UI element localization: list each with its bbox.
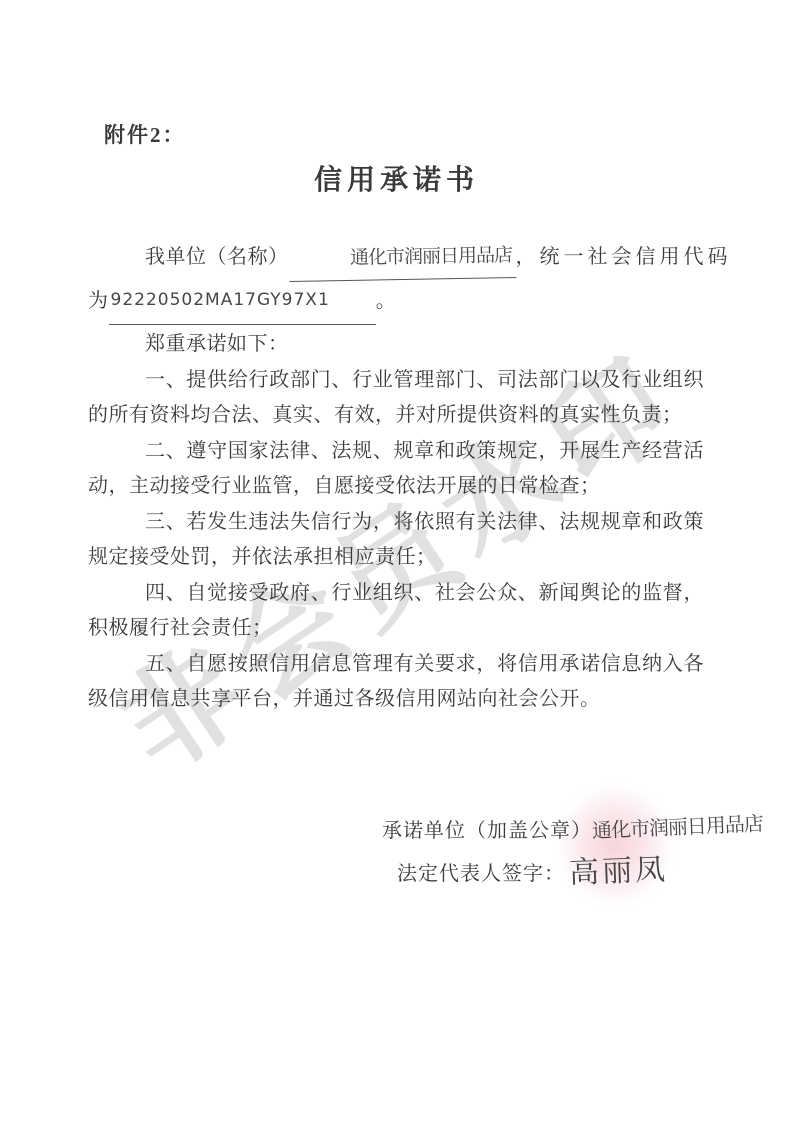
attachment-label: 附件2： [104,124,793,146]
code-suffix: 。 [376,290,397,312]
signature-unit-line: 承诺单位（加盖公章）通化市润丽日用品店 [382,810,793,851]
unit-label: 承诺单位（加盖公章） [382,820,592,842]
clause-5: 五、自愿按照信用信息管理有关要求，将信用承诺信息纳入各级信用信息共享平台，并通过… [88,647,704,718]
intro-line-1: 我单位（名称）通化市润丽日用品店，统一社会信用代码 [88,236,704,280]
document-content: 附件2： 信用承诺书 我单位（名称）通化市润丽日用品店，统一社会信用代码 为92… [0,0,793,1122]
code-prefix: 为 [88,290,109,312]
representative-label: 法定代表人签字： [397,863,565,885]
document-title: 信用承诺书 [0,166,793,196]
intro-prefix: 我单位（名称） [145,246,289,268]
pledge-heading: 郑重承诺如下： [88,327,704,363]
clause-3: 三、若发生违法失信行为，将依照有关法律、法规规章和政策规定接受处罚，并依法承担相… [88,505,704,576]
document-body: 我单位（名称）通化市润丽日用品店，统一社会信用代码 为92220502MA17G… [88,236,704,718]
intro-line-2: 为92220502MA17GY97X1。 [88,280,704,327]
scanned-document-page: 非会员水印 附件2： 信用承诺书 我单位（名称）通化市润丽日用品店，统一社会信用… [0,0,793,1122]
signature-block: 承诺单位（加盖公章）通化市润丽日用品店 法定代表人签字：高丽凤 [382,810,793,894]
credit-code-handwritten: 92220502MA17GY97X1 [109,279,376,325]
clause-2: 二、遵守国家法律、法规、规章和政策规定，开展生产经营活动，主动接受行业监管，自愿… [88,434,704,505]
company-name-handwritten: 通化市润丽日用品店 [288,234,516,282]
intro-middle-text: ，统一社会信用代码 [516,246,732,268]
clause-1: 一、提供给行政部门、行业管理部门、司法部门以及行业组织的所有资料均合法、真实、有… [88,363,704,434]
clause-4: 四、自觉接受政府、行业组织、社会公众、新闻舆论的监督，积极履行社会责任； [88,576,704,647]
representative-name-handwritten: 高丽凤 [568,850,668,893]
signature-representative-line: 法定代表人签字：高丽凤 [397,851,793,894]
unit-name-handwritten: 通化市润丽日用品店 [591,803,764,850]
